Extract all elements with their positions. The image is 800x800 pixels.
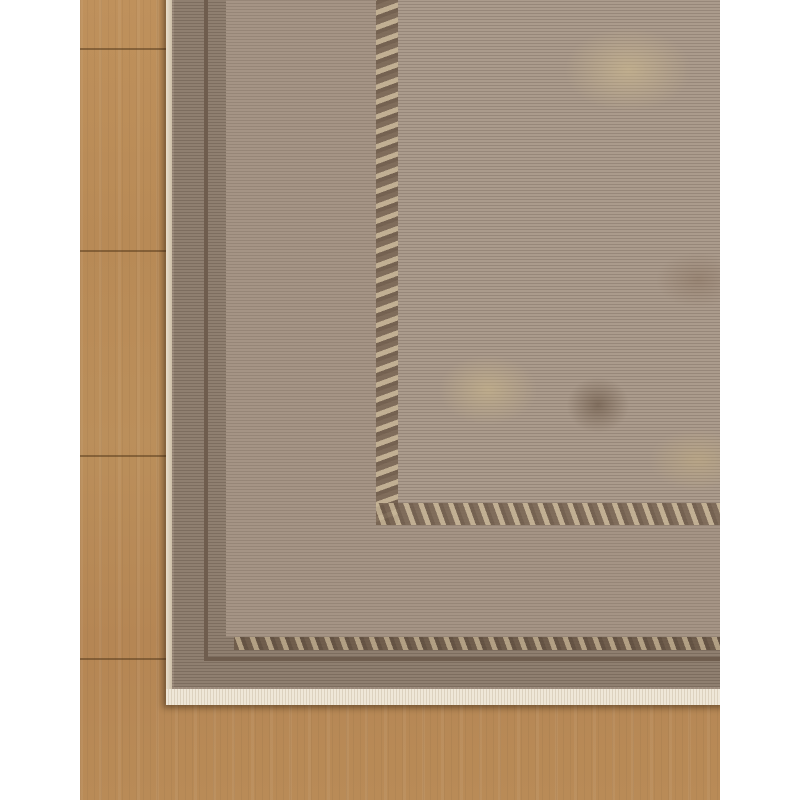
rug-outer-border	[174, 0, 720, 687]
rug	[166, 0, 720, 705]
rug-rope-border-vertical	[376, 0, 398, 525]
rug-fringe	[166, 689, 720, 705]
rug-rope-border-horizontal	[376, 503, 720, 525]
rug-guard-border	[226, 0, 720, 637]
rug-field-pattern	[398, 0, 720, 503]
rug-side-binding	[166, 0, 172, 705]
product-photo	[80, 0, 720, 800]
